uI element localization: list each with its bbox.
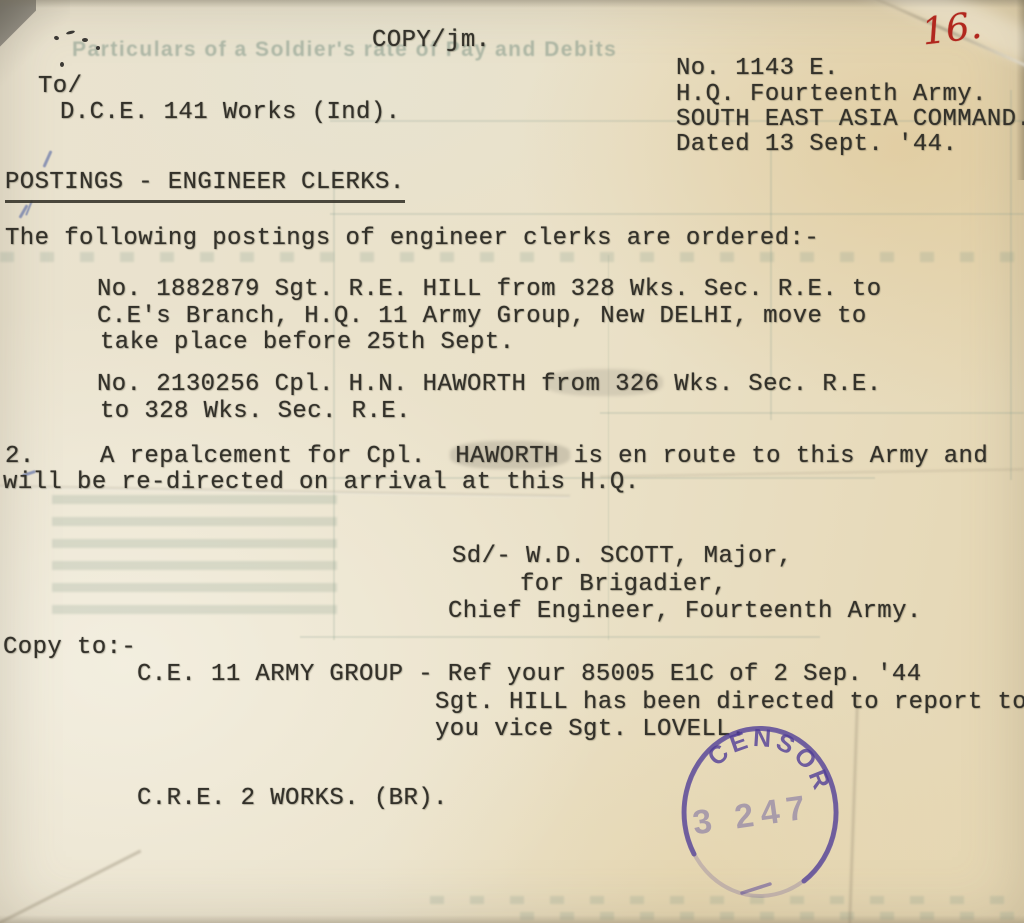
copy-to-label: Copy to:- — [3, 635, 136, 661]
posting-2-line-1: No. 2130256 Cpl. H.N. HAWORTH from 326 W… — [97, 372, 882, 398]
intro-line: The following postings of engineer clerk… — [5, 226, 819, 252]
bleedthrough-grid-line — [1010, 90, 1012, 480]
bleedthrough-text-block — [52, 495, 337, 617]
censor-stamp-arc-text: CENSOR — [702, 724, 836, 796]
copy-label: COPY/jm. — [372, 28, 490, 54]
to-addressee: D.C.E. 141 Works (Ind). — [60, 100, 400, 126]
copy-to-recipient-1-line-1: C.E. 11 ARMY GROUP - Ref your 85005 E1C … — [137, 662, 922, 688]
paper-edge-top — [0, 0, 1024, 8]
reference-unit: H.Q. Fourteenth Army. — [676, 82, 987, 108]
posting-1-line-3: take place before 25th Sept. — [100, 330, 514, 356]
signature-line-2: for Brigadier, — [520, 572, 727, 598]
svg-text:CENSOR: CENSOR — [702, 724, 836, 796]
posting-1-line-1: No. 1882879 Sgt. R.E. HILL from 328 Wks.… — [97, 277, 882, 303]
document-page: Particulars of a Soldier's rate of Pay a… — [0, 0, 1024, 923]
paper-crease — [0, 850, 141, 923]
reference-date: Dated 13 Sept. '44. — [676, 132, 957, 158]
reference-command: SOUTH EAST ASIA COMMAND. — [676, 107, 1024, 133]
reference-number: No. 1143 E. — [676, 56, 839, 82]
bleedthrough-grid-line — [600, 412, 1024, 414]
posting-2-line-2: to 328 Wks. Sec. R.E. — [100, 399, 411, 425]
bleedthrough-grid-line — [330, 213, 1024, 215]
signature-line-1: Sd/- W.D. SCOTT, Major, — [452, 544, 792, 570]
ink-speck — [60, 62, 64, 67]
censor-stamp-mark — [742, 884, 770, 893]
paragraph-2-line-2: will be re-directed on arrival at this H… — [3, 470, 640, 496]
bleedthrough-grid-line — [300, 636, 820, 638]
to-label: To/ — [38, 74, 82, 100]
ink-speck — [82, 38, 88, 42]
copy-to-recipient-2: C.R.E. 2 WORKS. (BR). — [137, 786, 448, 812]
pen-mark — [42, 150, 52, 168]
subject-heading: POSTINGS - ENGINEER CLERKS. — [5, 170, 405, 203]
bleedthrough-table-header-row — [0, 252, 1024, 262]
paragraph-2-number: 2. — [5, 444, 35, 470]
censor-stamp: CENSOR 3 247 — [630, 703, 892, 923]
signature-line-3: Chief Engineer, Fourteenth Army. — [448, 599, 922, 625]
ink-speck — [96, 46, 100, 50]
red-page-number: 16. — [921, 12, 984, 45]
posting-1-line-2: C.E's Branch, H.Q. 11 Army Group, New DE… — [97, 304, 867, 330]
bleedthrough-header-text: Particulars of a Soldier's rate of Pay a… — [72, 38, 617, 62]
paragraph-2-line-1: A repalcement for Cpl. HAWORTH is en rou… — [100, 444, 988, 470]
censor-stamp-number: 3 247 — [690, 788, 814, 842]
